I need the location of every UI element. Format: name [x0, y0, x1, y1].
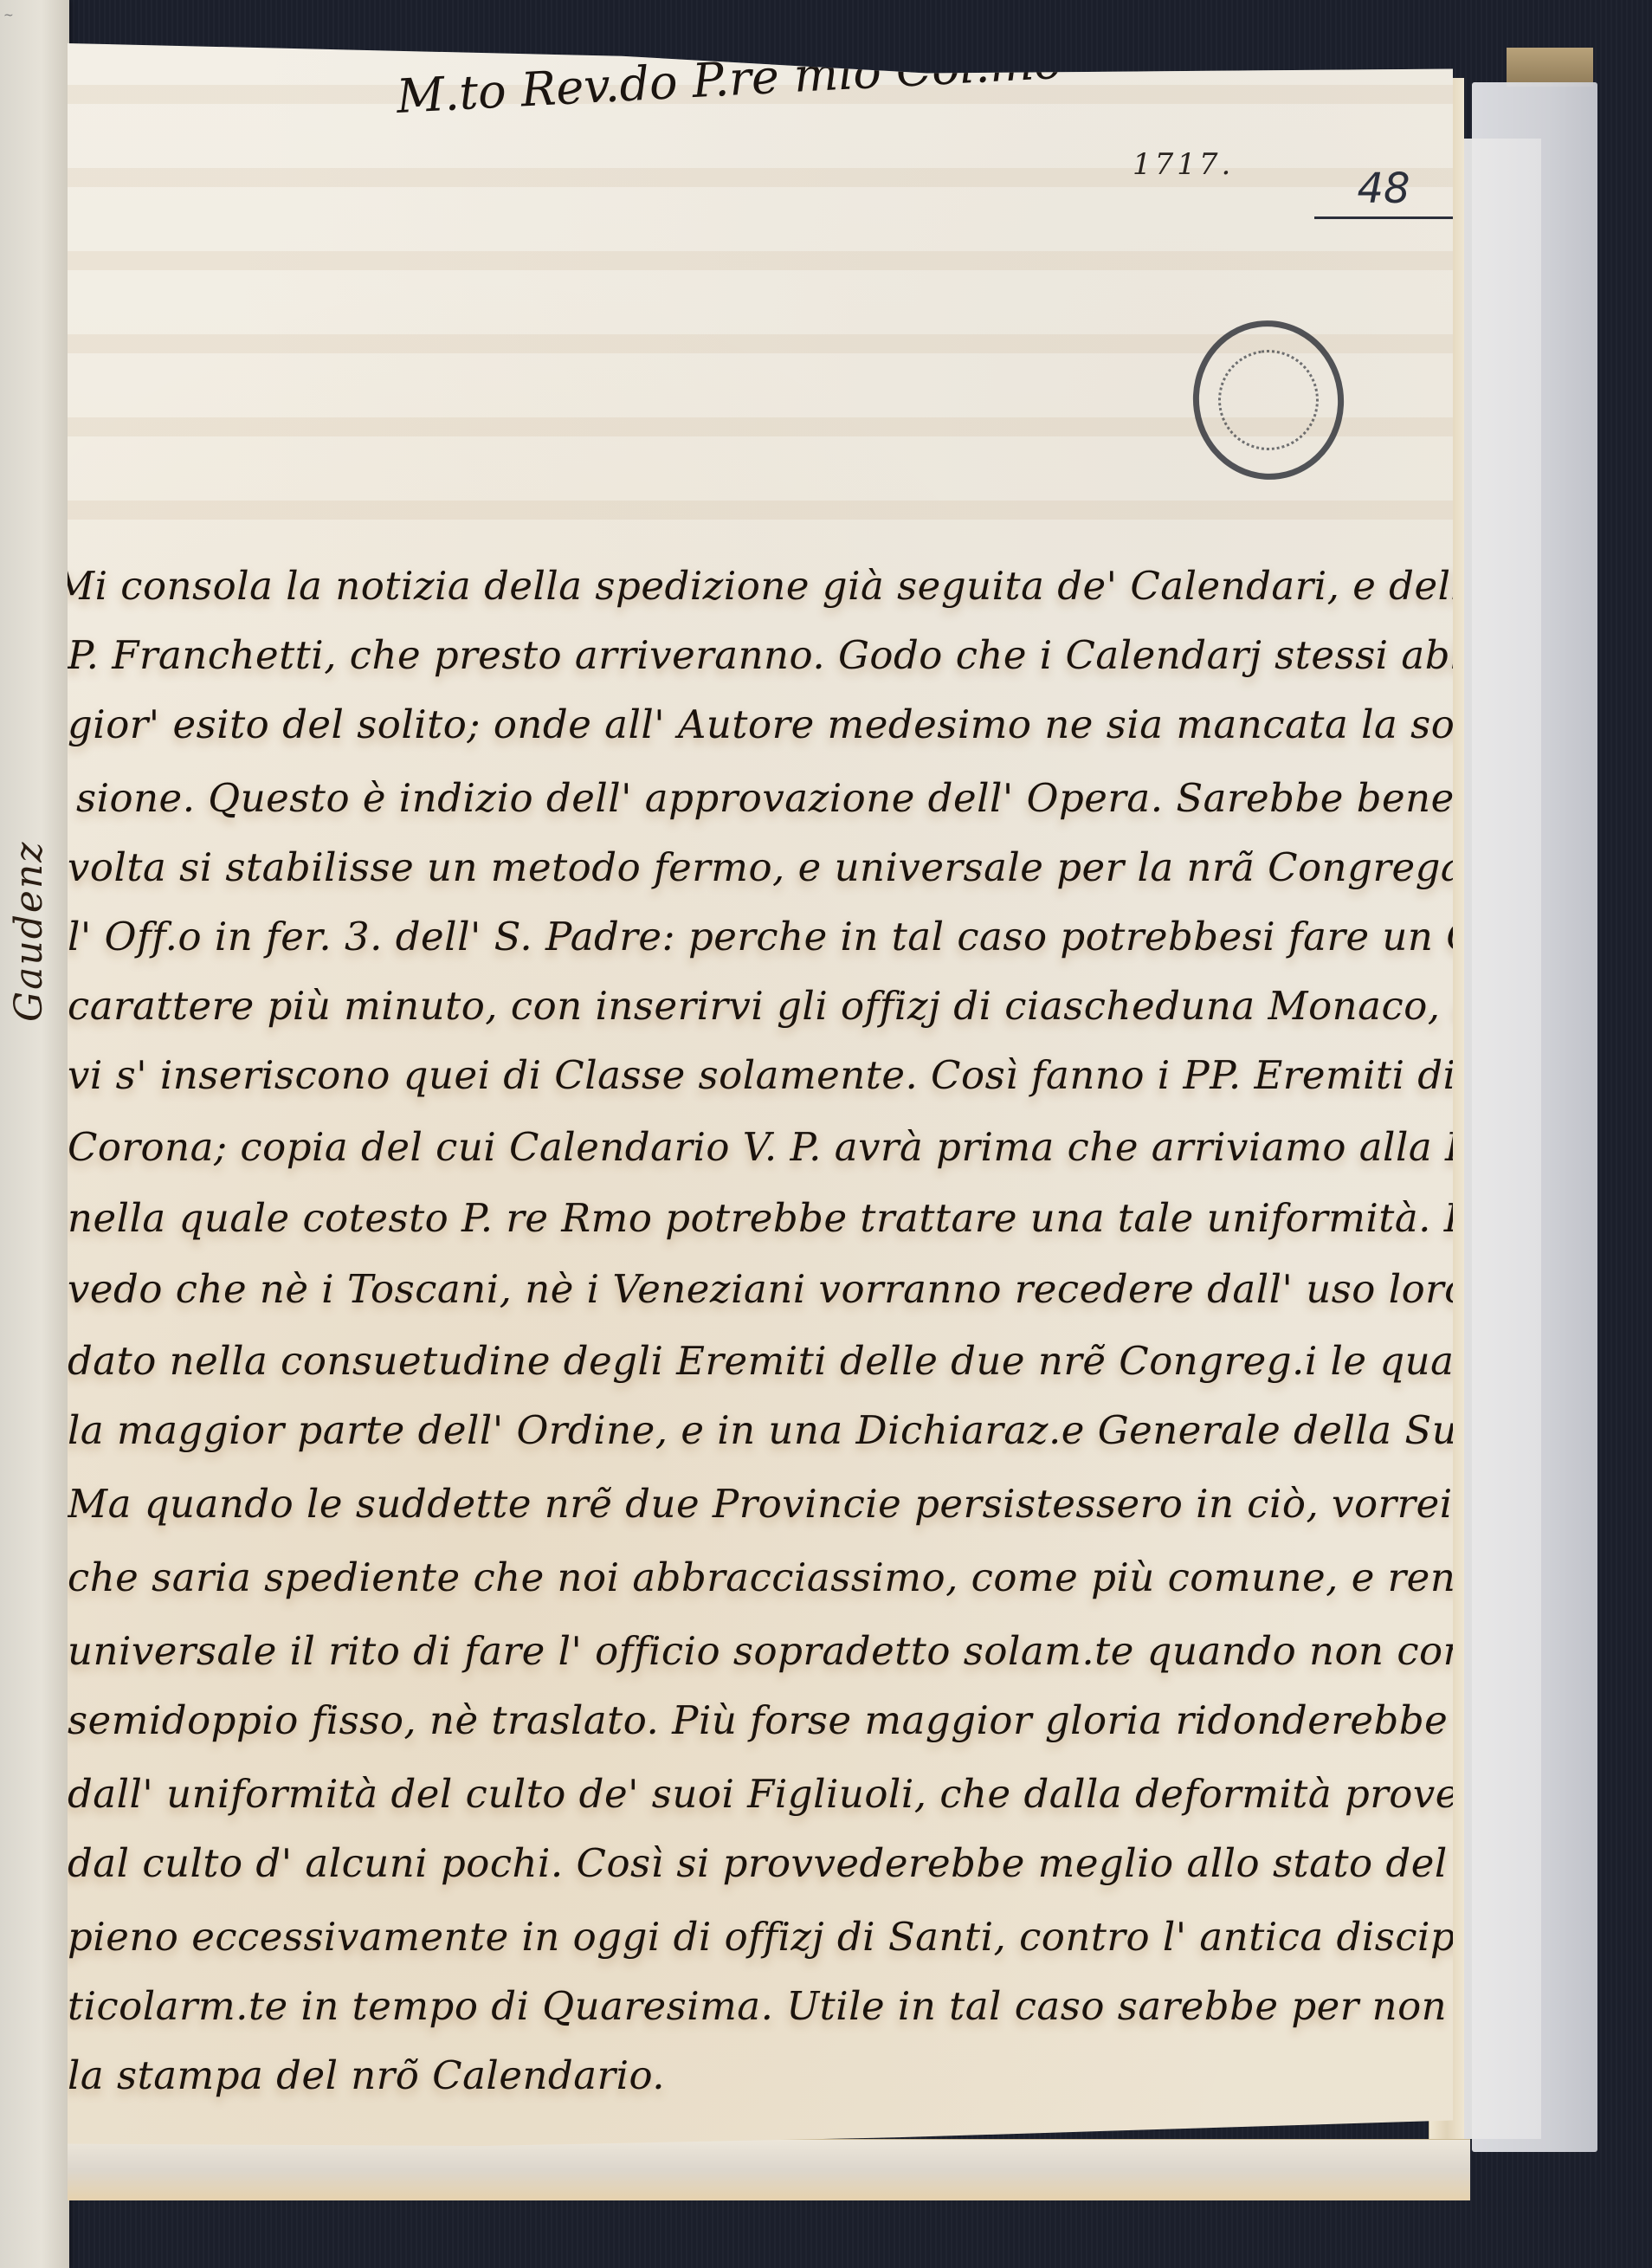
letter-line: semidoppio fisso, nè traslato. Più forse…: [68, 1697, 1652, 1743]
letter-line: la maggior parte dell' Ordine, e in una …: [68, 1407, 1652, 1453]
letter-line: dato nella consuetudine degli Eremiti de…: [68, 1338, 1652, 1384]
letter-line: Ma quando le suddette nrẽ due Provincie …: [68, 1481, 1599, 1527]
letter-line: pieno eccessivamente in oggi di offizj d…: [68, 1914, 1625, 1960]
letter-line: vi s' inseriscono quei di Classe solamen…: [68, 1052, 1598, 1098]
letter-line: P. Franchetti, che presto arriveranno. G…: [68, 632, 1652, 678]
letter-line: che saria spediente che noi abbracciassi…: [68, 1554, 1620, 1600]
gold-binding-tab: [1507, 48, 1593, 87]
letter-line: dal culto d' alcuni pochi. Così si provv…: [68, 1840, 1652, 1886]
letter-line: carattere più minuto, con inserirvi gli …: [68, 983, 1640, 1029]
letter-line: dall' uniformità del culto de' suoi Figl…: [68, 1771, 1586, 1817]
manuscript-page: M.to Rev.do P.re mio Col.mo 1717. 48 Mi …: [68, 43, 1453, 2174]
letter-line: sione. Questo è indizio dell' approvazio…: [76, 775, 1626, 821]
letter-line: gior' esito del solito; onde all' Autore…: [68, 701, 1652, 747]
letter-line: ticolarm.te in tempo di Quaresima. Utile…: [68, 1983, 1652, 2029]
letter-line: nella quale cotesto P. re Rmo potrebbe t…: [68, 1195, 1578, 1241]
left-margin-note: Gaudenz: [7, 658, 42, 1022]
letter-line: la stampa del nrõ Calendario.: [68, 2052, 665, 2098]
left-leaf-pencil-mark: ~: [3, 9, 14, 23]
letter-line: volta si stabilisse un metodo fermo, e u…: [68, 844, 1652, 890]
letter-line: Corona; copia del cui Calendario V. P. a…: [68, 1124, 1553, 1170]
letter-line: universale il rito di fare l' officio so…: [68, 1628, 1505, 1674]
bottom-page-stack: [68, 2139, 1470, 2200]
letter-line: Mi consola la notizia della spedizione g…: [55, 563, 1652, 609]
left-facing-leaf: ~ Gaudenz: [0, 0, 69, 2268]
letter-body: Mi consola la notizia della spedizione g…: [68, 43, 1453, 2174]
letter-line: l' Off.o in fer. 3. dell' S. Padre: perc…: [68, 914, 1652, 960]
letter-line: vedo che nè i Toscani, nè i Veneziani vo…: [68, 1266, 1558, 1312]
